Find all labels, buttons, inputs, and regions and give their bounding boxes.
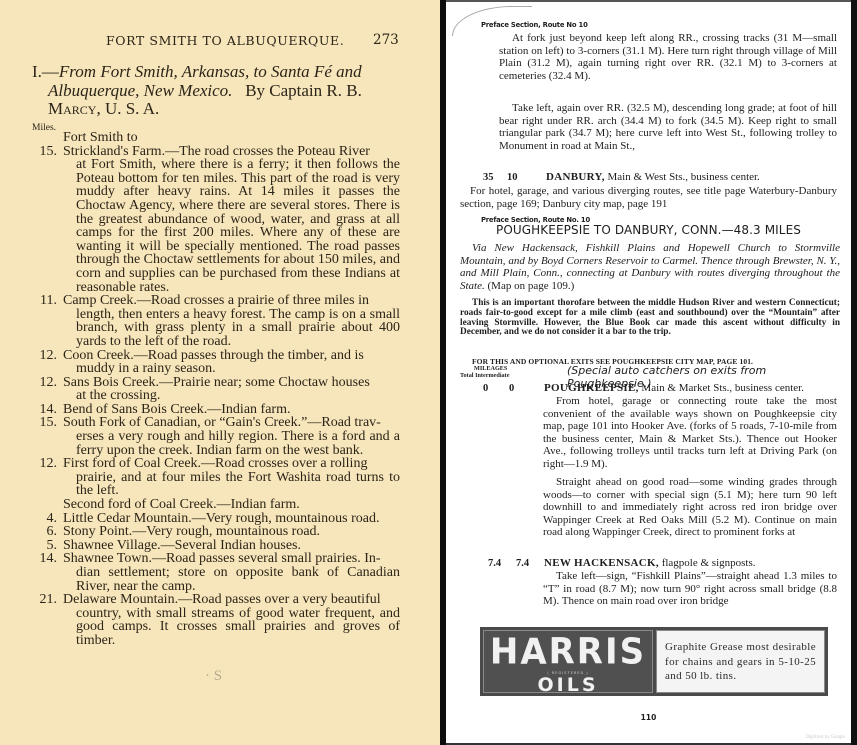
section-label: Preface Section, Route No 10 bbox=[481, 21, 588, 29]
route-heading: I.—From Fort Smith, Arkansas, to Santa F… bbox=[32, 63, 402, 119]
page-number: 273 bbox=[373, 32, 399, 48]
route-paragraph: At fork just beyond keep left along RR.,… bbox=[499, 32, 837, 82]
entry-continuation: prairie, and at four miles the Fort Wash… bbox=[63, 471, 400, 498]
itinerary-entry: 5.Shawnee Village.—Several Indian houses… bbox=[0, 539, 400, 553]
route-text: From hotel, garage or connecting route t… bbox=[543, 395, 837, 470]
place-desc: Main & Market Sts., business center. bbox=[641, 382, 804, 394]
route-paragraph: Straight ahead on good road—some winding… bbox=[543, 476, 837, 539]
mileage-total: 7.4 bbox=[488, 558, 501, 569]
entry-first-line: South Fork of Canadian, or “Gain's Creek… bbox=[63, 416, 400, 430]
itinerary-entry: 12.Sans Bois Creek.—Prairie near; some C… bbox=[0, 376, 400, 403]
left-book-page: FORT SMITH TO ALBUQUERQUE. 273 I.—From F… bbox=[0, 0, 440, 745]
mileage-intermediate: 10 bbox=[507, 172, 518, 183]
place-name: NEW HACKENSACK, bbox=[544, 557, 659, 569]
digitization-watermark: Digitized by Google bbox=[806, 734, 845, 739]
note-text: For hotel, garage, and various diverging… bbox=[460, 185, 837, 210]
entry-miles: 21. bbox=[0, 593, 57, 607]
itinerary-entry: 6.Stony Point.—Very rough, mountainous r… bbox=[0, 525, 400, 539]
entry-miles: 15. bbox=[0, 145, 57, 159]
entry-first-line: Sans Bois Creek.—Prairie near; some Choc… bbox=[63, 376, 400, 390]
itinerary-entry: 15.South Fork of Canadian, or “Gain's Cr… bbox=[0, 416, 400, 457]
route-paragraph: Take left—sign, “Fishkill Plains”—straig… bbox=[543, 570, 837, 608]
route-text: At fork just beyond keep left along RR.,… bbox=[499, 32, 837, 82]
place-name: DANBURY, bbox=[546, 171, 605, 183]
itinerary-entry: 12.First ford of Coal Creek.—Road crosse… bbox=[0, 457, 400, 498]
entry-first-line: Little Cedar Mountain.—Very rough, mount… bbox=[63, 512, 400, 526]
entry-first-line: Coon Creek.—Road passes through the timb… bbox=[63, 349, 400, 363]
mileages-header: MILEAGES Total Intermediate bbox=[460, 366, 509, 379]
route-intro: This is an important thorofare between t… bbox=[460, 299, 840, 338]
place-desc: flagpole & signposts. bbox=[662, 557, 756, 569]
entry-first-line: Camp Creek.—Road crosses a prairie of th… bbox=[63, 294, 400, 308]
entry-first-line: Stony Point.—Very rough, mountainous roa… bbox=[63, 525, 400, 539]
entry-continuation: muddy in a rainy season. bbox=[63, 362, 400, 376]
route-author: Marcy, U. S. A. bbox=[32, 100, 402, 119]
entry-first-line: Delaware Mountain.—Road passes over a ve… bbox=[63, 593, 400, 607]
via-description: Via New Hackensack, Fishkill Plains and … bbox=[460, 242, 840, 292]
ad-logo-panel: HARRIS ( REGISTERED ) OILS bbox=[483, 630, 653, 693]
itinerary-entry: 4.Little Cedar Mountain.—Very rough, mou… bbox=[0, 512, 400, 526]
entry-continuation: length, then enters a heavy forest. The … bbox=[63, 308, 400, 349]
mileage-intermediate: 7.4 bbox=[516, 558, 529, 569]
itinerary-entry: 15.Strickland's Farm.—The road crosses t… bbox=[0, 145, 400, 295]
route-author-prefix: By Captain R. B. bbox=[245, 81, 362, 100]
entry-first-line: Shawnee Village.—Several Indian houses. bbox=[63, 539, 400, 553]
entry-miles: 5. bbox=[0, 539, 57, 553]
itinerary-entry: 11.Camp Creek.—Road crosses a prairie of… bbox=[0, 294, 400, 348]
mileages-columns: Total Intermediate bbox=[460, 372, 509, 379]
route-title: POUGHKEEPSIE TO DANBURY, CONN.—48.3 MILE… bbox=[446, 223, 851, 237]
mileage-total: 35 bbox=[483, 172, 494, 183]
entry-first-line: Strickland's Farm.—The road crosses the … bbox=[63, 145, 400, 159]
place-desc: Main & West Sts., business center. bbox=[608, 171, 760, 183]
ad-copy: Graphite Grease most desirable for chain… bbox=[665, 641, 816, 682]
itinerary-list: Fort Smith to 15.Strickland's Farm.—The … bbox=[0, 131, 400, 648]
route-numeral: I.— bbox=[32, 62, 59, 81]
itinerary-start: Fort Smith to bbox=[0, 131, 400, 145]
entry-continuation: at Fort Smith, where there is a ferry; i… bbox=[63, 158, 400, 294]
entry-first-line: First ford of Coal Creek.—Road crosses o… bbox=[63, 457, 400, 471]
entry-continuation: country, with small streams of good wate… bbox=[63, 607, 400, 648]
mileage-intermediate: 0 bbox=[509, 383, 514, 394]
entry-continuation: erses a very rough and hilly region. The… bbox=[63, 430, 400, 457]
place-entry-poughkeepsie: POUGHKEEPSIE, Main & Market Sts., busine… bbox=[544, 382, 804, 394]
right-page-edge bbox=[851, 0, 857, 745]
signature-mark: · S bbox=[205, 668, 222, 685]
right-book-page: Preface Section, Route No 10 At fork jus… bbox=[446, 0, 851, 745]
route-paragraph: From hotel, garage or connecting route t… bbox=[543, 395, 837, 470]
map-reference-link[interactable]: (Map on page 109.) bbox=[488, 280, 575, 292]
itinerary-entry: 14.Shawnee Town.—Road passes several sma… bbox=[0, 552, 400, 593]
place-entry-danbury: DANBURY, Main & West Sts., business cent… bbox=[546, 171, 760, 183]
entry-miles: 6. bbox=[0, 525, 57, 539]
itinerary-entry: 21.Delaware Mountain.—Road passes over a… bbox=[0, 593, 400, 647]
place-name: POUGHKEEPSIE, bbox=[544, 382, 639, 394]
entry-miles: 12. bbox=[0, 457, 57, 471]
running-head-title: FORT SMITH TO ALBUQUERQUE. bbox=[106, 33, 344, 48]
entry-miles: 15. bbox=[0, 416, 57, 430]
ad-brand: HARRIS bbox=[484, 630, 652, 672]
itinerary-entry: Second ford of Coal Creek.—Indian farm. bbox=[0, 498, 400, 512]
start-line: Fort Smith to bbox=[63, 131, 400, 145]
place-entry-new-hackensack: NEW HACKENSACK, flagpole & signposts. bbox=[544, 557, 756, 569]
route-text: Straight ahead on good road—some winding… bbox=[543, 476, 837, 539]
itinerary-entry: 14.Bend of Sans Bois Creek.—Indian farm. bbox=[0, 403, 400, 417]
entry-first-line: Shawnee Town.—Road passes several small … bbox=[63, 552, 400, 566]
entry-first-line: Second ford of Coal Creek.—Indian farm. bbox=[63, 498, 400, 512]
route-title-line-2: Albuquerque, New Mexico. bbox=[48, 81, 232, 100]
route-title-line-1: From Fort Smith, Arkansas, to Santa Fé a… bbox=[59, 62, 362, 81]
harris-oils-advertisement: HARRIS ( REGISTERED ) OILS Graphite Grea… bbox=[480, 627, 828, 696]
entry-miles: 12. bbox=[0, 349, 57, 363]
entry-first-line: Bend of Sans Bois Creek.—Indian farm. bbox=[63, 403, 400, 417]
route-paragraph: Take left, again over RR. (32.5 M), desc… bbox=[499, 102, 837, 152]
route-text: Take left, again over RR. (32.5 M), desc… bbox=[499, 102, 837, 152]
intro-text: This is an important thorofare between t… bbox=[460, 299, 840, 338]
entry-continuation: dian settlement; store on opposite bank … bbox=[63, 566, 400, 593]
entry-continuation: at the crossing. bbox=[63, 389, 400, 403]
entry-miles: 14. bbox=[0, 403, 57, 417]
ad-product: OILS bbox=[484, 675, 652, 695]
route-text: Take left—sign, “Fishkill Plains”—straig… bbox=[543, 570, 837, 608]
page-number: 110 bbox=[446, 713, 851, 722]
itinerary-entry: 12.Coon Creek.—Road passes through the t… bbox=[0, 349, 400, 376]
entry-miles: 11. bbox=[0, 294, 57, 308]
mileage-total: 0 bbox=[483, 383, 488, 394]
ad-copy-panel: Graphite Grease most desirable for chain… bbox=[656, 630, 825, 693]
danbury-note: For hotel, garage, and various diverging… bbox=[474, 185, 837, 210]
entry-miles: 14. bbox=[0, 552, 57, 566]
entry-miles: 4. bbox=[0, 512, 57, 526]
entry-miles: 12. bbox=[0, 376, 57, 390]
